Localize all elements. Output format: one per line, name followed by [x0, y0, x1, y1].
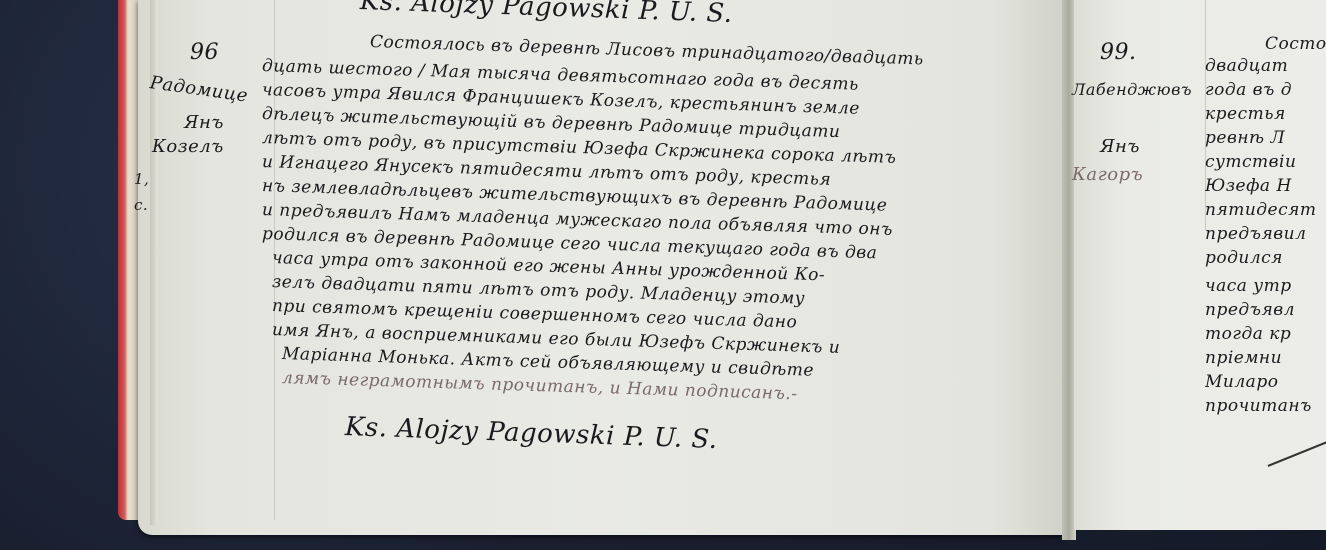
text-line: пріемни	[1205, 348, 1282, 368]
text-line: предъявил	[1205, 224, 1306, 244]
text-line: прочитанъ	[1205, 396, 1312, 416]
text-line: Миларо	[1205, 372, 1278, 392]
right-margin-village: Лабенджювъ	[1072, 80, 1192, 99]
right-page-text: Состо двадцат года въ д крестья ревнѣ Л …	[1205, 0, 1326, 550]
margin-mark-2: c.	[134, 196, 148, 214]
signature-stroke	[1268, 435, 1326, 467]
text-line: Состо	[1265, 34, 1326, 54]
entry-number: 96	[190, 40, 219, 65]
right-entry-number: 99.	[1100, 40, 1137, 65]
text-line: тогда кр	[1205, 324, 1291, 344]
text-line: двадцат	[1205, 56, 1288, 76]
margin-mark-1: 1,	[134, 170, 149, 188]
text-line: года въ д	[1205, 80, 1292, 100]
text-line: часа утр	[1205, 276, 1292, 296]
right-margin-surname: Кагоръ	[1072, 164, 1143, 185]
text-line: сутствіи	[1205, 152, 1296, 172]
text-line: крестья	[1205, 104, 1286, 124]
text-line: родился	[1205, 248, 1283, 268]
margin-first-name: Янъ	[184, 112, 224, 133]
right-margin-first-name: Янъ	[1100, 136, 1140, 157]
text-line: ревнѣ Л	[1205, 128, 1285, 148]
book-red-edge	[118, 0, 140, 520]
text-line: предъявл	[1205, 300, 1295, 320]
margin-surname: Козелъ	[152, 136, 224, 157]
text-line: пятидесят	[1205, 200, 1317, 220]
text-line: Юзефа Н	[1205, 176, 1292, 196]
